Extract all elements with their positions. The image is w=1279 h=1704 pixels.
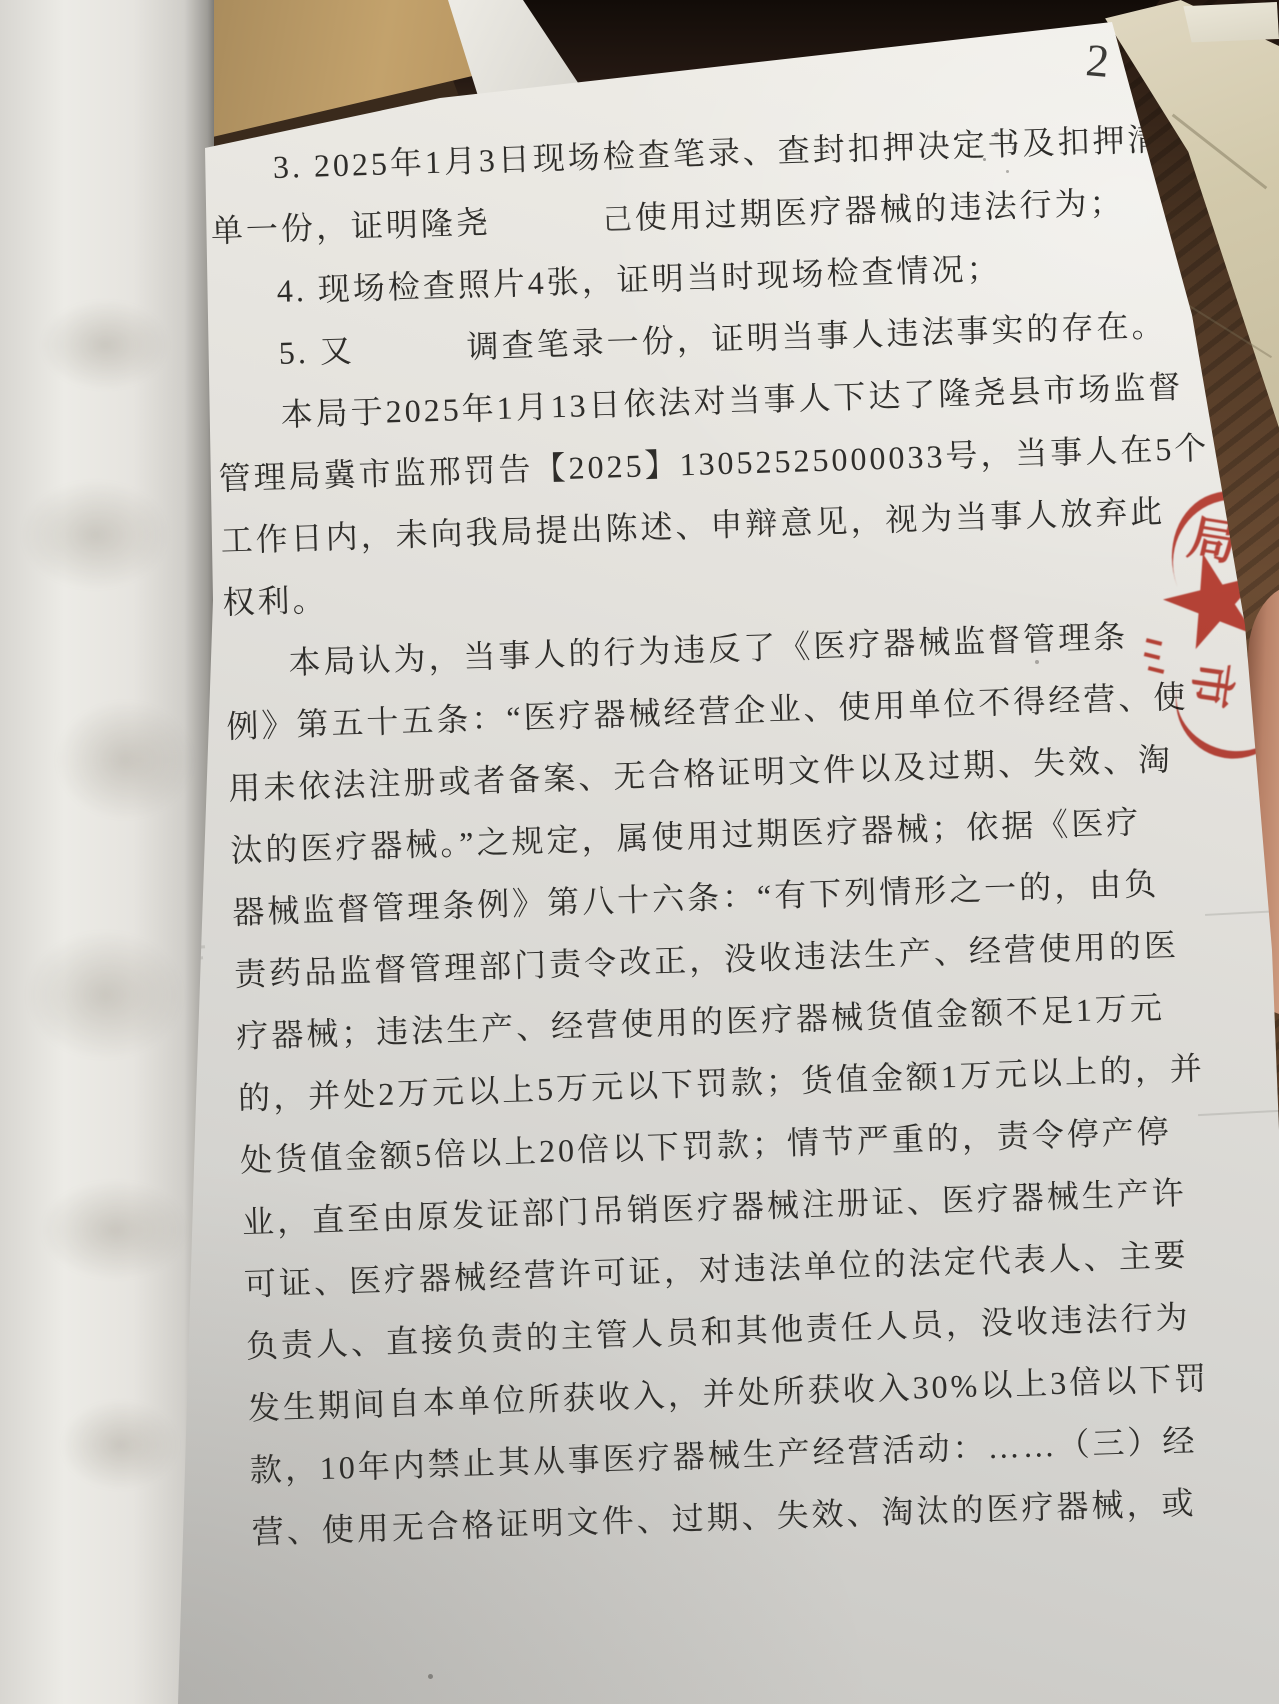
- text-segment: 权利。: [222, 581, 328, 620]
- partial-glyph: 己: [602, 204, 635, 237]
- tape-strip: [1175, 2, 1279, 44]
- photo-scene: 2 3. 2025年1月3日现场检查笔录、查封扣押决定书及扣押清单一份，证明隆尧…: [0, 0, 1279, 1704]
- paper-speck: [1006, 170, 1009, 173]
- text-segment: 调查笔录一份，证明当事人违法事实的存在。: [466, 307, 1167, 365]
- paper-speck: [994, 132, 999, 137]
- text-segment: 5. 又: [278, 333, 355, 371]
- paper-speck: [983, 158, 986, 161]
- text-segment: 4. 现场检查照片4张，证明当时现场检查情况；: [276, 250, 1002, 309]
- bleed-through-smudge: [25, 930, 185, 1060]
- bleed-through-smudge: [55, 700, 195, 820]
- paper-speck: [1012, 146, 1016, 150]
- text-segment: 使用过期医疗器械的违法行为；: [634, 184, 1125, 235]
- bleed-through-smudge: [60, 1400, 180, 1490]
- bleed-through-smudge: [40, 1180, 190, 1280]
- page-number: 2: [1084, 33, 1112, 88]
- text-segment: 单一份，证明隆尧: [210, 204, 491, 249]
- paper-speck: [428, 1674, 433, 1679]
- flipped-pages-stack: [0, 0, 214, 1704]
- paper-speck: [1035, 660, 1039, 664]
- document-text: 3. 2025年1月3日现场检查笔录、查封扣押决定书及扣押清单一份，证明隆尧己使…: [208, 107, 1252, 1564]
- bleed-through-smudge: [40, 300, 170, 390]
- paper-speck: [948, 318, 952, 322]
- bleed-through-smudge: [20, 480, 170, 590]
